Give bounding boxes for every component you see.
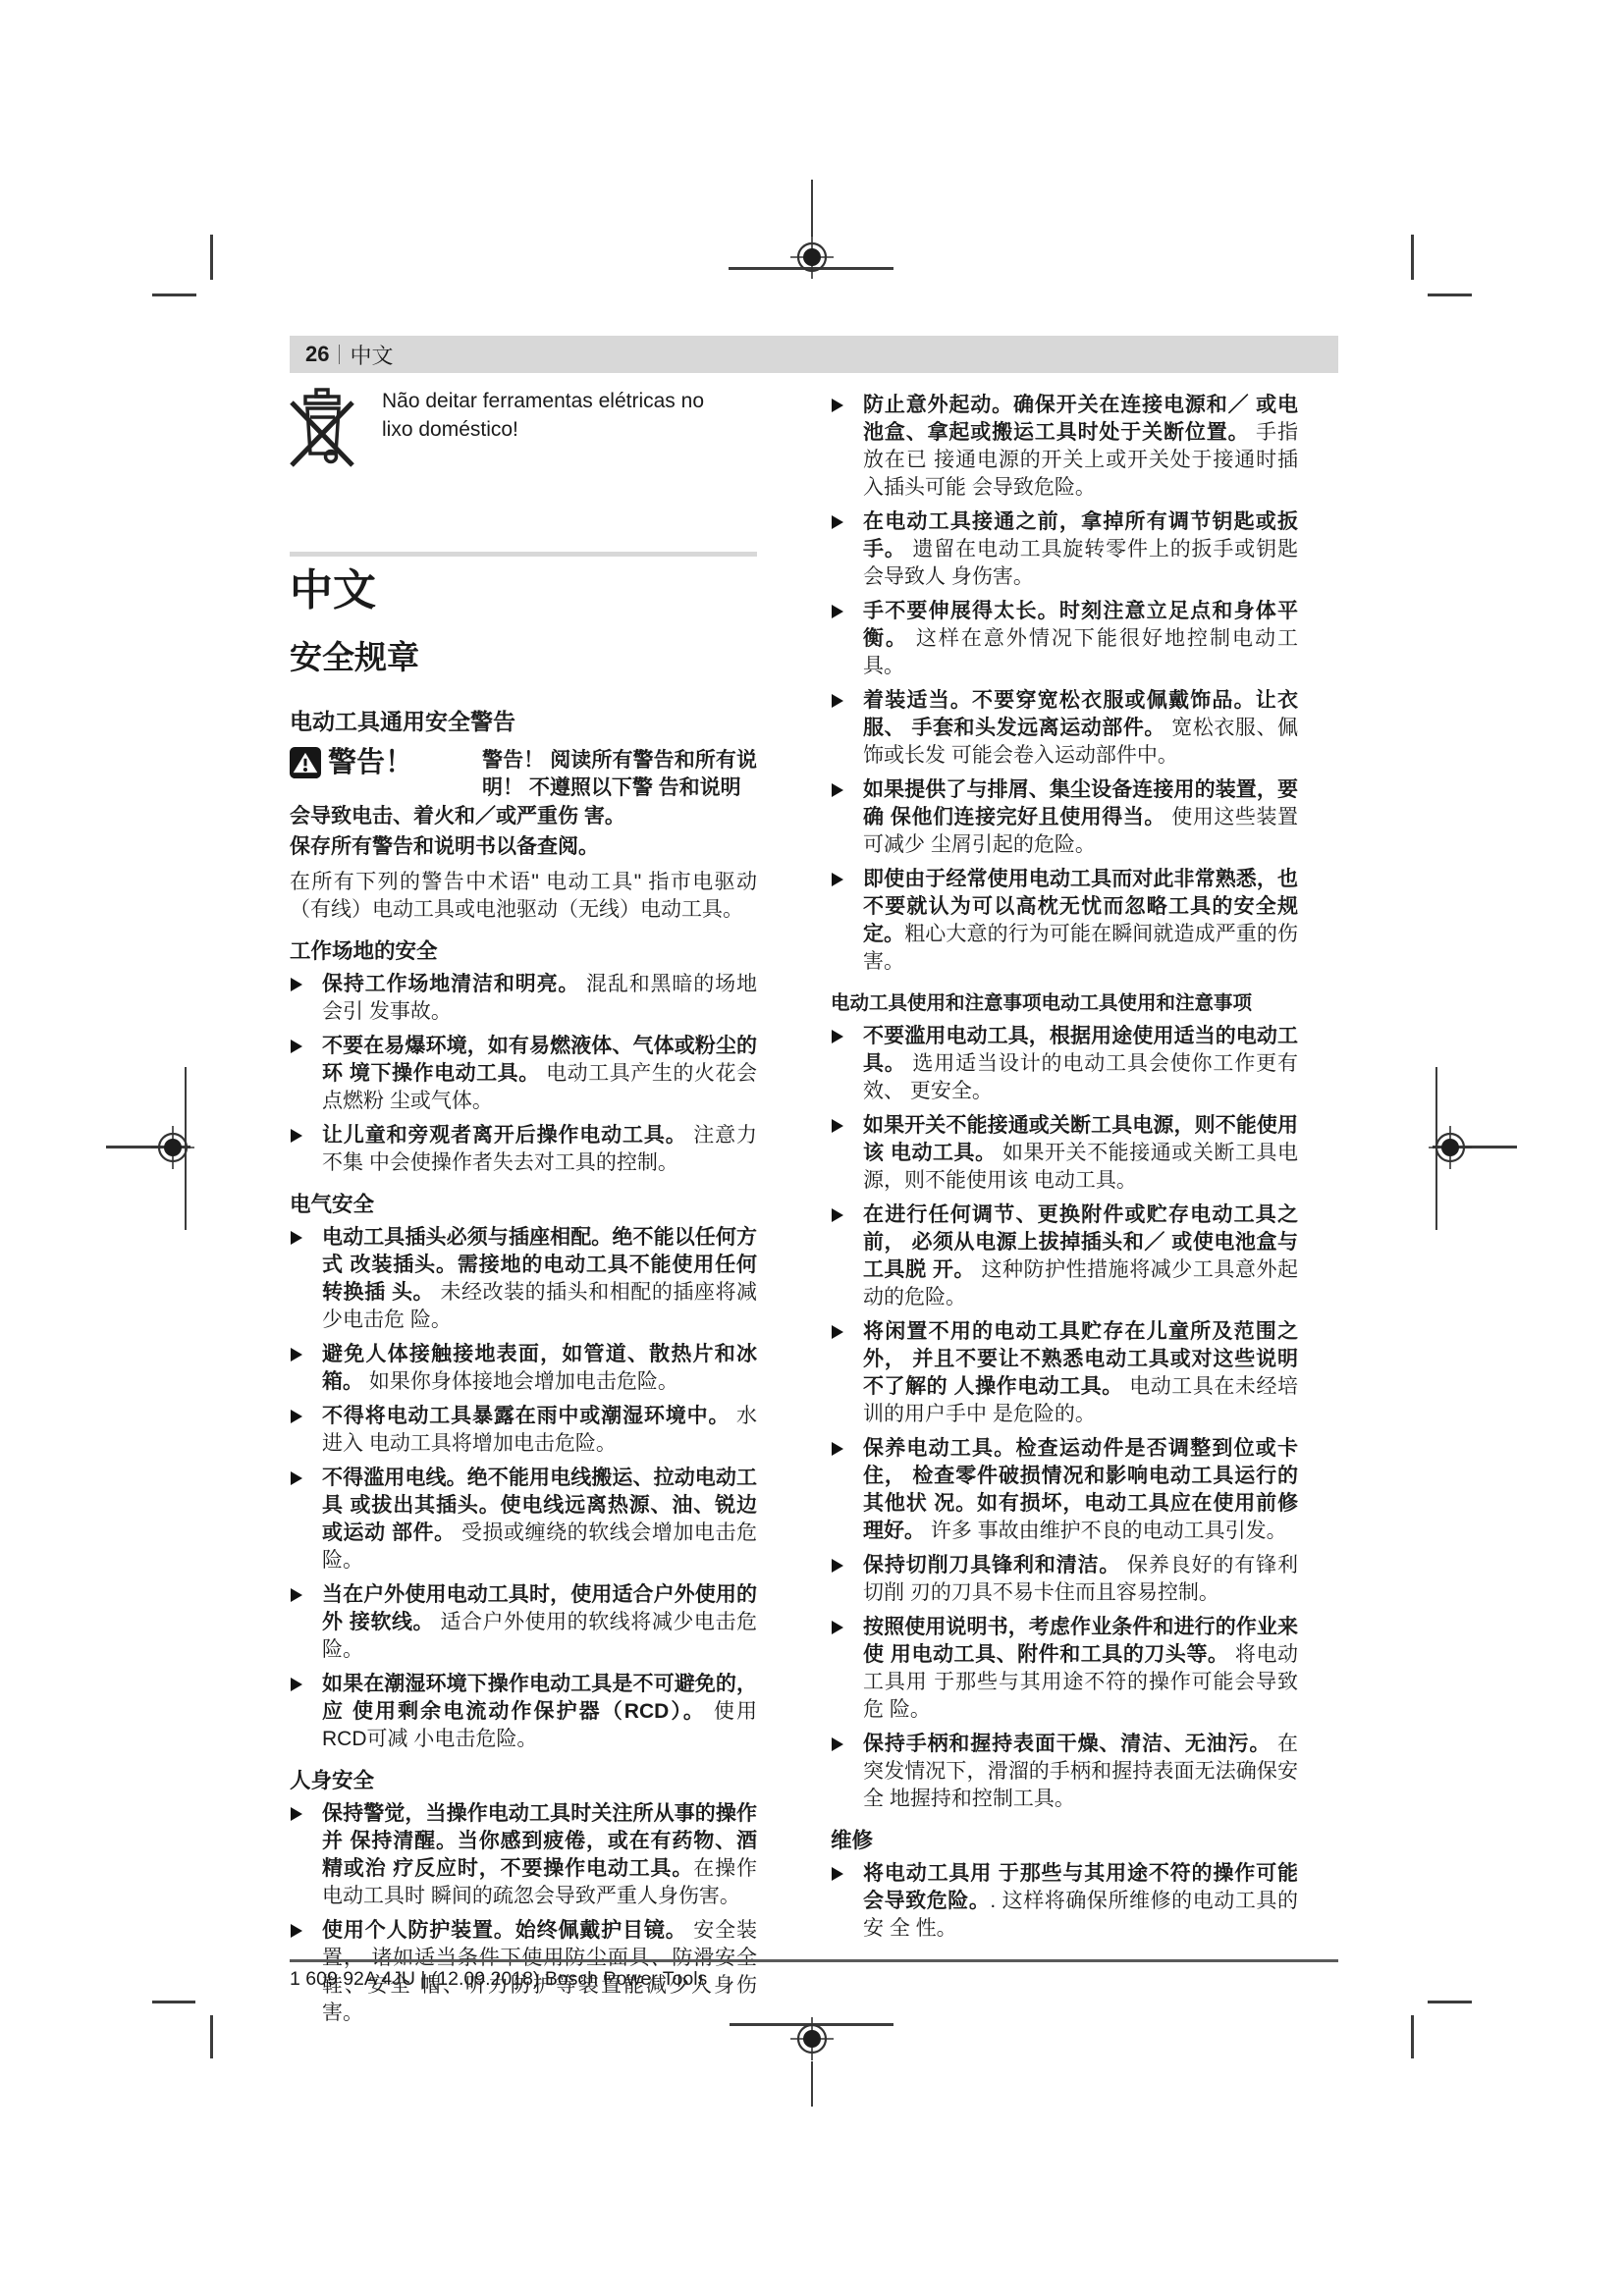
section-divider: [290, 552, 757, 557]
warning-lead-text: 警告！ 阅读所有警告和所有说明！ 不遵照以下警 告和说明: [482, 747, 757, 802]
footer-rule: [290, 1959, 1338, 1962]
bullet-arrow-icon: [832, 1030, 843, 1043]
left-column: Não deitar ferramentas elétricas no lixo…: [290, 387, 757, 2034]
safety-bullet: 不要在易爆环境，如有易燃液体、气体或粉尘的环 境下操作电动工具。 电动工具产生的…: [290, 1033, 757, 1115]
page-number: 26: [305, 342, 329, 367]
crop-mark: [1428, 294, 1472, 296]
crop-mark: [1411, 235, 1414, 280]
bullet-arrow-icon: [291, 1231, 302, 1245]
language-title: 中文: [290, 567, 757, 614]
bullet-arrow-icon: [291, 1807, 302, 1821]
disposal-note: Não deitar ferramentas elétricas no lixo…: [290, 387, 757, 471]
registration-line: [811, 2061, 813, 2107]
safety-bullet: 不得滥用电线。绝不能用电线搬运、拉动电动工具 或拔出其插头。使电线远离热源、油、…: [290, 1465, 757, 1575]
heading-electrical-safety: 电气安全: [290, 1192, 757, 1217]
bullet-arrow-icon: [291, 978, 302, 991]
bullet-arrow-icon: [832, 1621, 843, 1634]
safety-bullet: 不要滥用电动工具，根据用途使用适当的电动工具。 选用适当设计的电动工具会使你工作…: [831, 1023, 1298, 1105]
bullet-arrow-icon: [832, 1737, 843, 1751]
safety-bullet: 保养电动工具。检查运动件是否调整到位或卡住， 检查零件破损情况和影响电动工具运行…: [831, 1435, 1298, 1545]
safety-bullet: 避免人体接触接地表面，如管道、散热片和冰箱。 如果你身体接地会增加电击危险。: [290, 1341, 757, 1396]
bullet-arrow-icon: [832, 515, 843, 529]
bullet-arrow-icon: [832, 694, 843, 708]
safety-bullet: 在电动工具接通之前，拿掉所有调节钥匙或扳手。 遗留在电动工具旋转零件上的扳手或钥…: [831, 508, 1298, 591]
safety-bullet: 即使由于经常使用电动工具而对此非常熟悉，也不要就认为可以高枕无忧而忽略工具的安全…: [831, 866, 1298, 976]
footer-text: 1 609 92A 4JU | (12.09.2018) Bosch Power…: [290, 1968, 707, 1991]
bullet-arrow-icon: [291, 1040, 302, 1053]
crop-mark: [152, 294, 196, 296]
bullet-arrow-icon: [291, 1924, 302, 1938]
registration-mark-icon: [790, 236, 834, 279]
safety-bullet: 手不要伸展得太长。时刻注意立足点和身体平衡。 这样在意外情况下能很好地控制电动工…: [831, 598, 1298, 680]
safety-title: 安全规章: [290, 640, 757, 675]
keep-instructions-note: 保存所有警告和说明书以备查阅。: [290, 833, 757, 861]
safety-bullet: 不得将电动工具暴露在雨中或潮湿环境中。 水进入 电动工具将增加电击危险。: [290, 1403, 757, 1458]
right-column: 防止意外起动。确保开关在连接电源和／ 或电池盒、拿起或搬运工具时处于关断位置。 …: [831, 385, 1298, 1949]
bullet-arrow-icon: [832, 1867, 843, 1881]
registration-line: [811, 180, 813, 237]
bullet-arrow-icon: [291, 1678, 302, 1691]
safety-bullet: 保持手柄和握持表面干燥、清洁、无油污。 在突发情况下，滑溜的手柄和握持表面无法确…: [831, 1731, 1298, 1813]
safety-bullet: 电动工具插头必须与插座相配。绝不能以任何方式 改装插头。需接地的电动工具不能使用…: [290, 1224, 757, 1334]
warning-triangle-icon: [290, 747, 321, 778]
warning-banner-left: 警告！: [290, 747, 482, 802]
bullet-arrow-icon: [832, 605, 843, 618]
general-warning-title: 电动工具通用安全警告: [290, 709, 757, 734]
registration-mark-icon: [1429, 1126, 1472, 1169]
safety-bullet: 将闲置不用的电动工具贮存在儿童所及范围之外， 并且不要让不熟悉电动工具或对这些说…: [831, 1318, 1298, 1428]
warning-consequence: 会导致电击、着火和／或严重伤 害。: [290, 803, 757, 830]
registration-mark-icon: [151, 1126, 194, 1169]
warning-word: 警告！: [328, 747, 413, 778]
safety-bullet: 如果开关不能接通或关断工具电源，则不能使用该 电动工具。 如果开关不能接通或关断…: [831, 1112, 1298, 1195]
header-separator: [339, 345, 340, 364]
safety-bullet: 保持切削刀具锋利和清洁。 保养良好的有锋利切削 刃的刀具不易卡住而且容易控制。: [831, 1552, 1298, 1607]
bullet-arrow-icon: [832, 873, 843, 886]
page-header: 26 中文: [290, 336, 1338, 373]
heading-service: 维修: [831, 1828, 1298, 1853]
safety-bullet: 着装适当。不要穿宽松衣服或佩戴饰品。让衣服、 手套和头发远离运动部件。 宽松衣服…: [831, 687, 1298, 770]
safety-bullet: 将电动工具用 于那些与其用途不符的操作可能会导致危险。. 这样将确保所维修的电动…: [831, 1860, 1298, 1943]
crop-mark: [1411, 2015, 1414, 2058]
heading-personal-safety: 人身安全: [290, 1768, 757, 1793]
heading-tool-use-care: 电动工具使用和注意事项电动工具使用和注意事项: [831, 990, 1298, 1016]
safety-bullet: 按照使用说明书，考虑作业条件和进行的作业来使 用电动工具、附件和工具的刀头等。 …: [831, 1614, 1298, 1724]
crop-mark: [210, 2015, 213, 2058]
disposal-text: Não deitar ferramentas elétricas no lixo…: [382, 387, 706, 471]
bullet-arrow-icon: [832, 1119, 843, 1133]
safety-bullet: 防止意外起动。确保开关在连接电源和／ 或电池盒、拿起或搬运工具时处于关断位置。 …: [831, 392, 1298, 502]
bullet-arrow-icon: [291, 1588, 302, 1602]
bullet-arrow-icon: [291, 1129, 302, 1143]
registration-mark-icon: [790, 2017, 834, 2060]
bullet-arrow-icon: [832, 1442, 843, 1456]
manual-page: 26 中文 Não deitar ferramentas elétricas n…: [0, 0, 1624, 2296]
bullet-arrow-icon: [832, 783, 843, 797]
safety-bullet: 保持工作场地清洁和明亮。 混乱和黑暗的场地会引 发事故。: [290, 971, 757, 1026]
crop-mark: [1428, 2001, 1472, 2003]
safety-bullet: 在进行任何调节、更换附件或贮存电动工具之前， 必须从电源上拔掉插头和／ 或使电池…: [831, 1201, 1298, 1311]
warning-banner: 警告！ 警告！ 阅读所有警告和所有说明！ 不遵照以下警 告和说明: [290, 747, 757, 802]
crop-mark: [152, 2001, 195, 2003]
bullet-arrow-icon: [291, 1348, 302, 1362]
bullet-arrow-icon: [832, 399, 843, 412]
bullet-arrow-icon: [291, 1471, 302, 1485]
bullet-arrow-icon: [832, 1208, 843, 1222]
safety-bullet: 当在户外使用电动工具时，使用适合户外使用的外 接软线。 适合户外使用的软线将减少…: [290, 1581, 757, 1664]
bullet-arrow-icon: [832, 1559, 843, 1573]
crossed-out-bin-icon: [290, 387, 356, 471]
safety-bullet: 如果在潮湿环境下操作电动工具是不可避免的，应 使用剩余电流动作保护器（RCD）。…: [290, 1671, 757, 1753]
bullet-arrow-icon: [291, 1410, 302, 1423]
safety-bullet: 让儿童和旁观者离开后操作电动工具。 注意力不集 中会使操作者失去对工具的控制。: [290, 1122, 757, 1177]
bullet-arrow-icon: [832, 1325, 843, 1339]
header-language: 中文: [350, 340, 393, 370]
crop-mark: [210, 235, 213, 280]
term-definition-note: 在所有下列的警告中术语" 电动工具" 指市电驱动（有线）电动工具或电池驱动（无线…: [290, 869, 757, 924]
safety-bullet: 如果提供了与排屑、集尘设备连接用的装置，要确 保他们连接完好且使用得当。 使用这…: [831, 776, 1298, 859]
heading-workplace-safety: 工作场地的安全: [290, 938, 757, 964]
safety-bullet: 保持警觉，当操作电动工具时关注所从事的操作并 保持清醒。当你感到疲倦，或在有药物…: [290, 1800, 757, 1910]
